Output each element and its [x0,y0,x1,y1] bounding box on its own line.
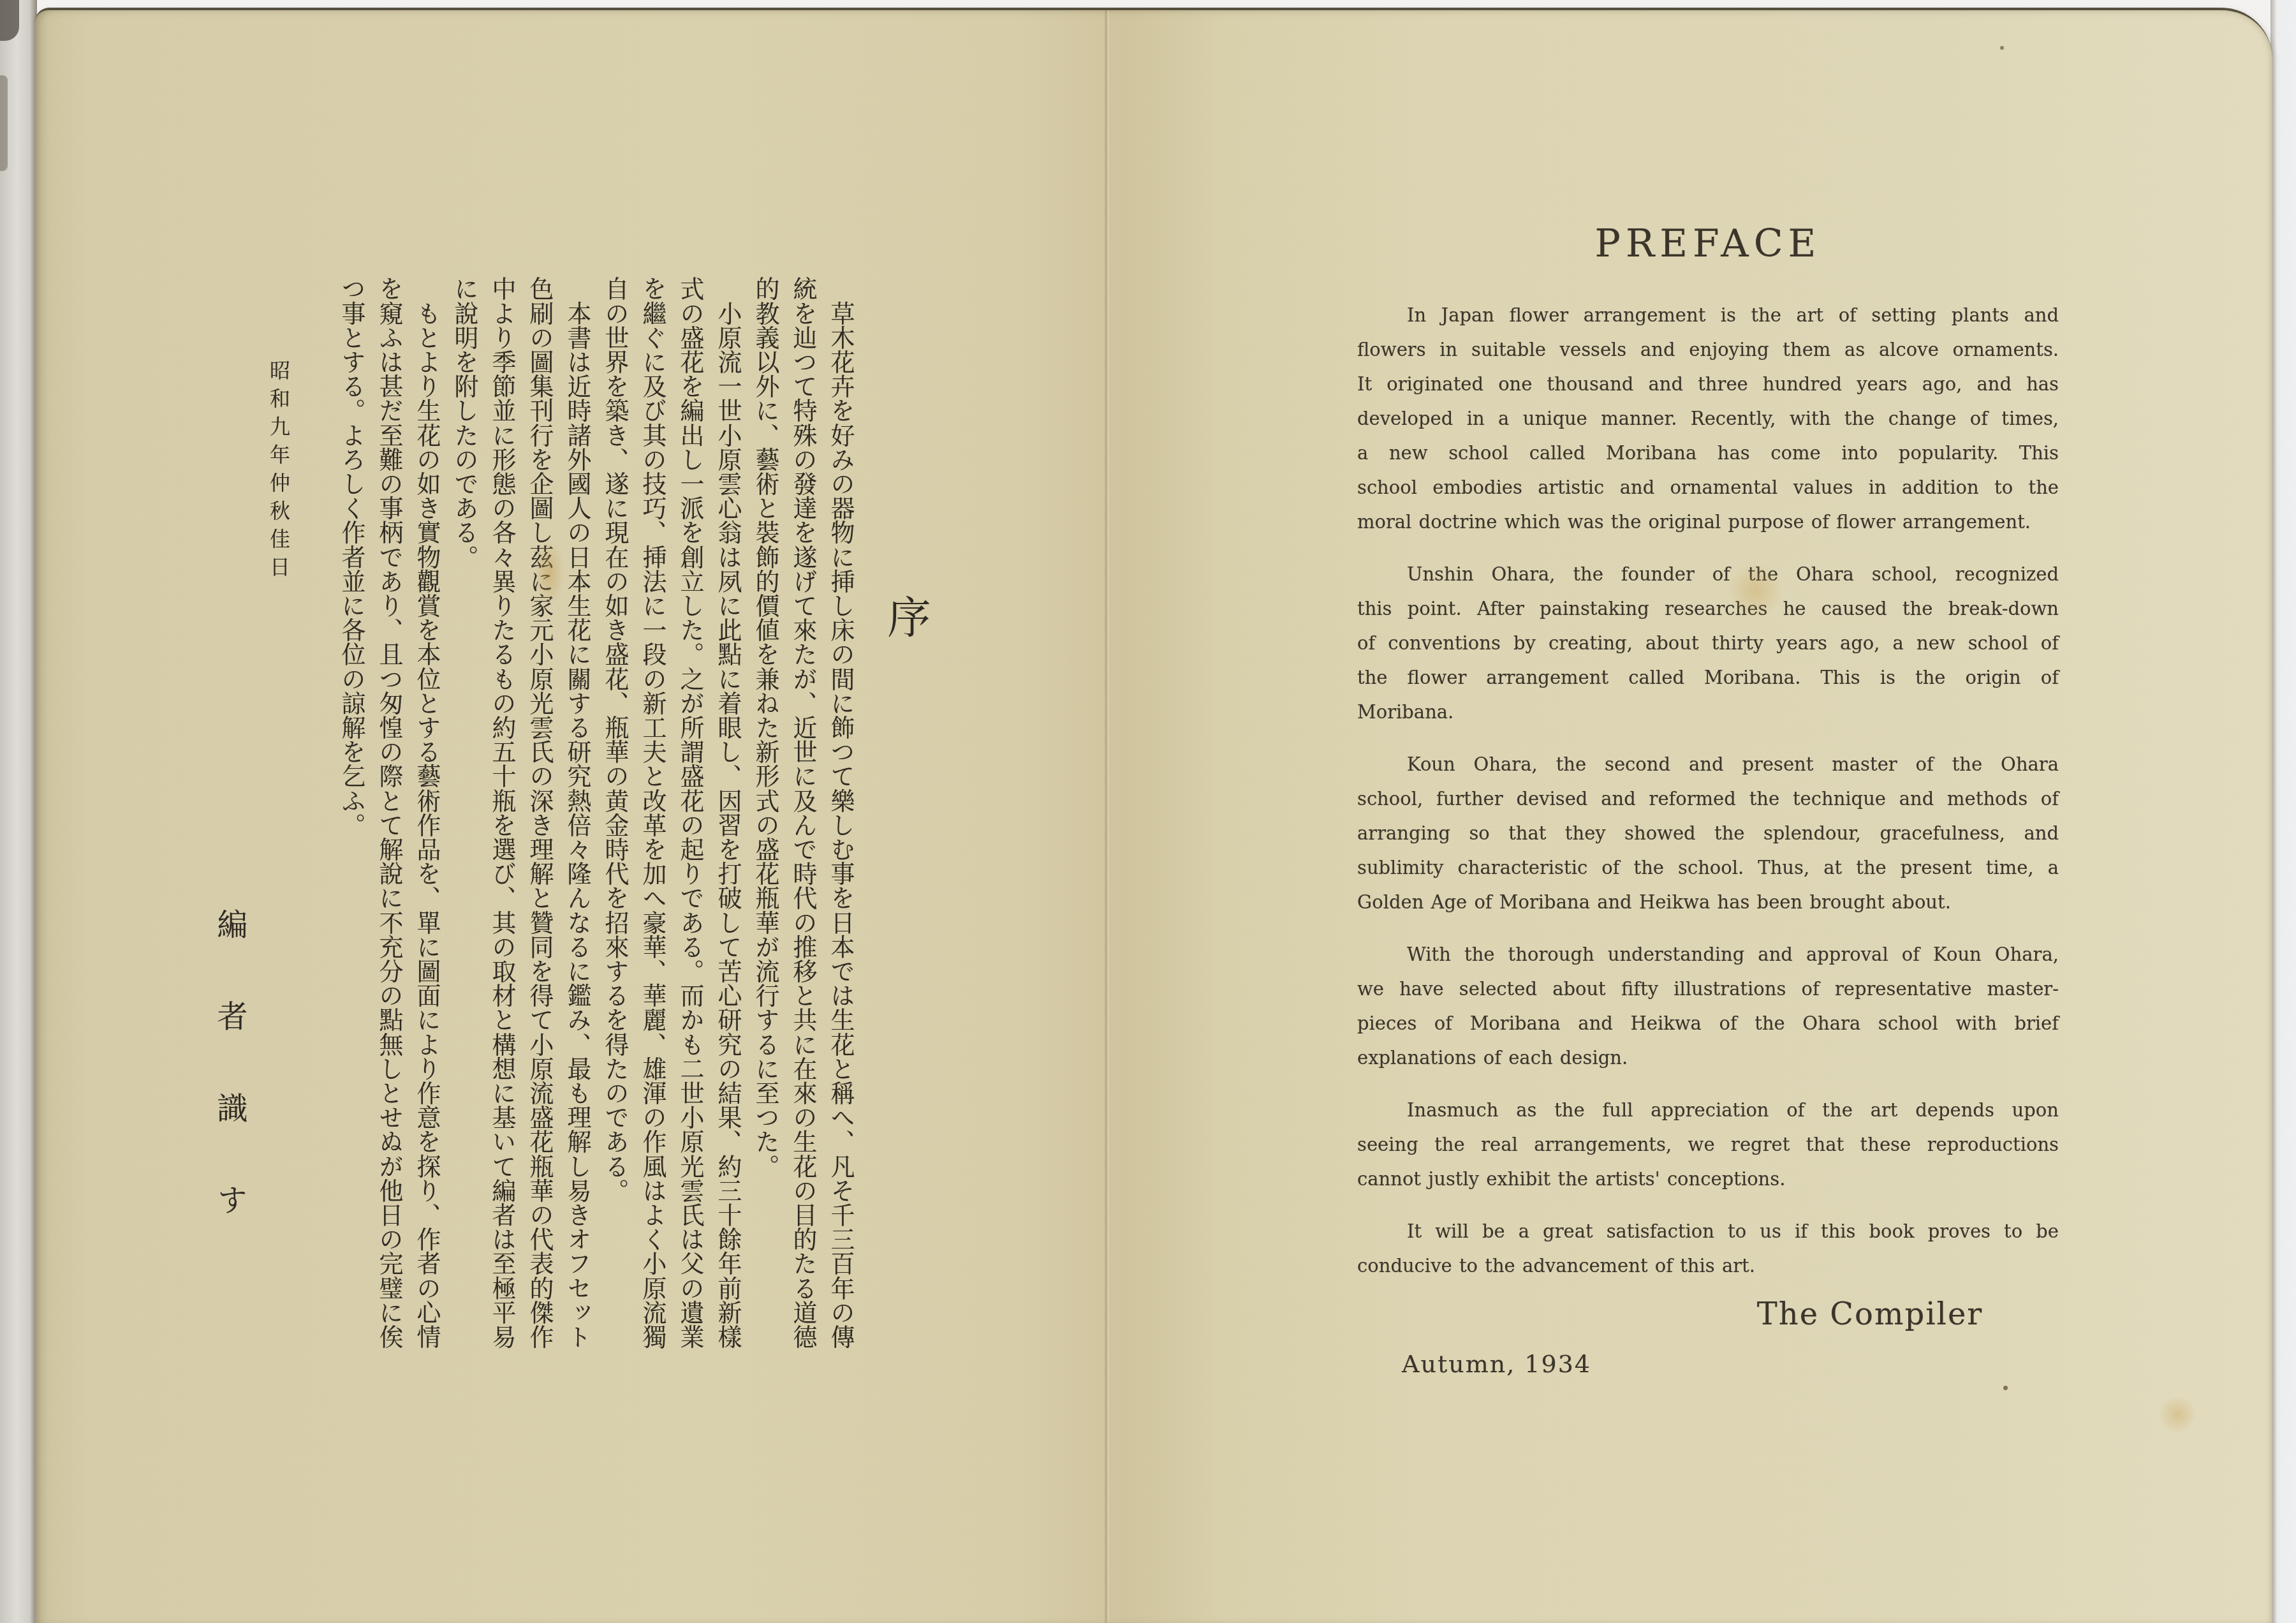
text-line: It will be a great satisfaction to us if… [1357,1214,2059,1249]
preface-body-text: In Japan flower arrangement is the art o… [1357,298,2059,1283]
publication-date: Autumn, 1934 [1402,1350,1591,1378]
text-line: explanations of each design. [1357,1041,2059,1075]
japanese-text-column: 自の世界を築き、遂に現在の如き盛花、瓶華の黄金時代を招來するを得たのである。 [596,276,633,1354]
japanese-text-columns: 草木花卉を好みの器物に挿し床の間に飾つて樂しむ事を日本では生花と稱へ、凡そ千三百… [332,276,859,1354]
japanese-text-column: 小原流一世小原雲心翁は夙に此點に着眼し、因習を打破して苦心研究の結果、約三十餘年… [709,276,746,1354]
text-line: Koun Ohara, the second and present maste… [1357,747,2059,782]
text-line: With the thorough understanding and appr… [1357,937,2059,972]
text-line: school embodies artistic and ornamental … [1357,470,2059,505]
text-line: pieces of Moribana and Heikwa of the Oha… [1357,1006,2059,1041]
japanese-text-column: に說明を附したのである。 [445,276,483,1354]
text-line: In Japan flower arrangement is the art o… [1357,298,2059,332]
japanese-text-column: 統を辿つて特殊の發達を遂げて來たが、近世に及んで時代の推移と共に在來の生花の目的… [784,276,821,1354]
text-line: cannot justly exhibit the artists' conce… [1357,1162,2059,1196]
japanese-text-column: 色刷の圖集刊行を企圖し茲に家元小原光雲氏の深き理解と贊同を得て小原流盛花瓶華の代… [520,276,558,1354]
paragraph: Inasmuch as the full appreciation of the… [1357,1093,2059,1196]
text-line: of conventions by creating, about thirty… [1357,626,2059,660]
paragraph: It will be a great satisfaction to us if… [1357,1214,2059,1283]
gutter-crease [1104,10,1109,1623]
compiler-signature: The Compiler [1711,1296,2029,1332]
text-line: seeing the real arrangements, we regret … [1357,1127,2059,1162]
scanned-book-preface-spread: 序 草木花卉を好みの器物に挿し床の間に飾つて樂しむ事を日本では生花と稱へ、凡そ千… [0,0,2296,1623]
text-line: moral doctrine which was the original pu… [1357,505,2059,539]
paragraph: With the thorough understanding and appr… [1357,937,2059,1075]
preface-title: PREFACE [1357,221,2059,266]
japanese-text-column: 中より季節並に形態の各々異りたるもの約五十瓶を選び、其の取材と構想に基いて編者は… [483,276,520,1354]
text-line: a new school called Moribana has come in… [1357,436,2059,470]
scanner-bed-left-edge [0,0,37,1623]
scanner-bed-right-edge [2270,0,2296,1623]
japanese-text-column: を窺ふは甚だ至難の事柄であり、且つ匆惶の際とて解說に不充分の點無しとせぬが他日の… [370,276,408,1354]
paragraph: In Japan flower arrangement is the art o… [1357,298,2059,539]
book-page-spread: 序 草木花卉を好みの器物に挿し床の間に飾つて樂しむ事を日本では生花と稱へ、凡そ千… [35,8,2272,1623]
japanese-date-line: 昭和九年仲秋佳日 [264,360,293,584]
text-line: flowers in suitable vessels and enjoying… [1357,332,2059,367]
text-line: sublimity characteristic of the school. … [1357,850,2059,885]
japanese-compiler-signature: 編者識す [208,908,252,1276]
scan-edge-smudge [0,75,8,171]
japanese-text-column: つ事とする。よろしく作者並に各位の諒解を乞ふ。 [332,276,370,1354]
japanese-preface-title: 序 [883,595,927,638]
paragraph: Unshin Ohara, the founder of the Ohara s… [1357,557,2059,729]
text-line: we have selected about fifty illustratio… [1357,972,2059,1006]
text-line: Inasmuch as the full appreciation of the… [1357,1093,2059,1127]
text-line: It originated one thousand and three hun… [1357,367,2059,401]
text-line: conducive to the advancement of this art… [1357,1249,2059,1283]
text-line: developed in a unique manner. Recently, … [1357,401,2059,436]
text-line: Moribana. [1357,695,2059,729]
japanese-text-column: 本書は近時諸外國人の日本生花に關する研究熱倍々隆んなるに鑑み、最も理解し易きオフ… [558,276,596,1354]
text-line: arranging so that they showed the splend… [1357,816,2059,850]
text-line: school, further devised and reformed the… [1357,782,2059,816]
japanese-text-column: もとより生花の如き實物觀賞を本位とする藝術作品を、單に圖面により作意を探り、作者… [408,276,445,1354]
text-line: Golden Age of Moribana and Heikwa has be… [1357,885,2059,919]
japanese-text-column: 的教義以外に、藝術と裝飾的價値を兼ねた新形式の盛花瓶華が流行するに至つた。 [746,276,784,1354]
scan-corner-smudge [0,0,19,41]
paragraph: Koun Ohara, the second and present maste… [1357,747,2059,919]
japanese-text-column: を繼ぐに及び其の技巧、挿法に一段の新工夫と改革を加へ豪華、華麗、雄渾の作風はよく… [633,276,671,1354]
japanese-text-column: 式の盛花を編出し一派を創立した。之が所謂盛花の起りである。而かも二世小原光雲氏は… [671,276,709,1354]
text-line: Unshin Ohara, the founder of the Ohara s… [1357,557,2059,591]
japanese-text-column: 草木花卉を好みの器物に挿し床の間に飾つて樂しむ事を日本では生花と稱へ、凡そ千三百… [821,276,859,1354]
text-line: this point. After painstaking researches… [1357,591,2059,626]
text-line: the flower arrangement called Moribana. … [1357,660,2059,695]
